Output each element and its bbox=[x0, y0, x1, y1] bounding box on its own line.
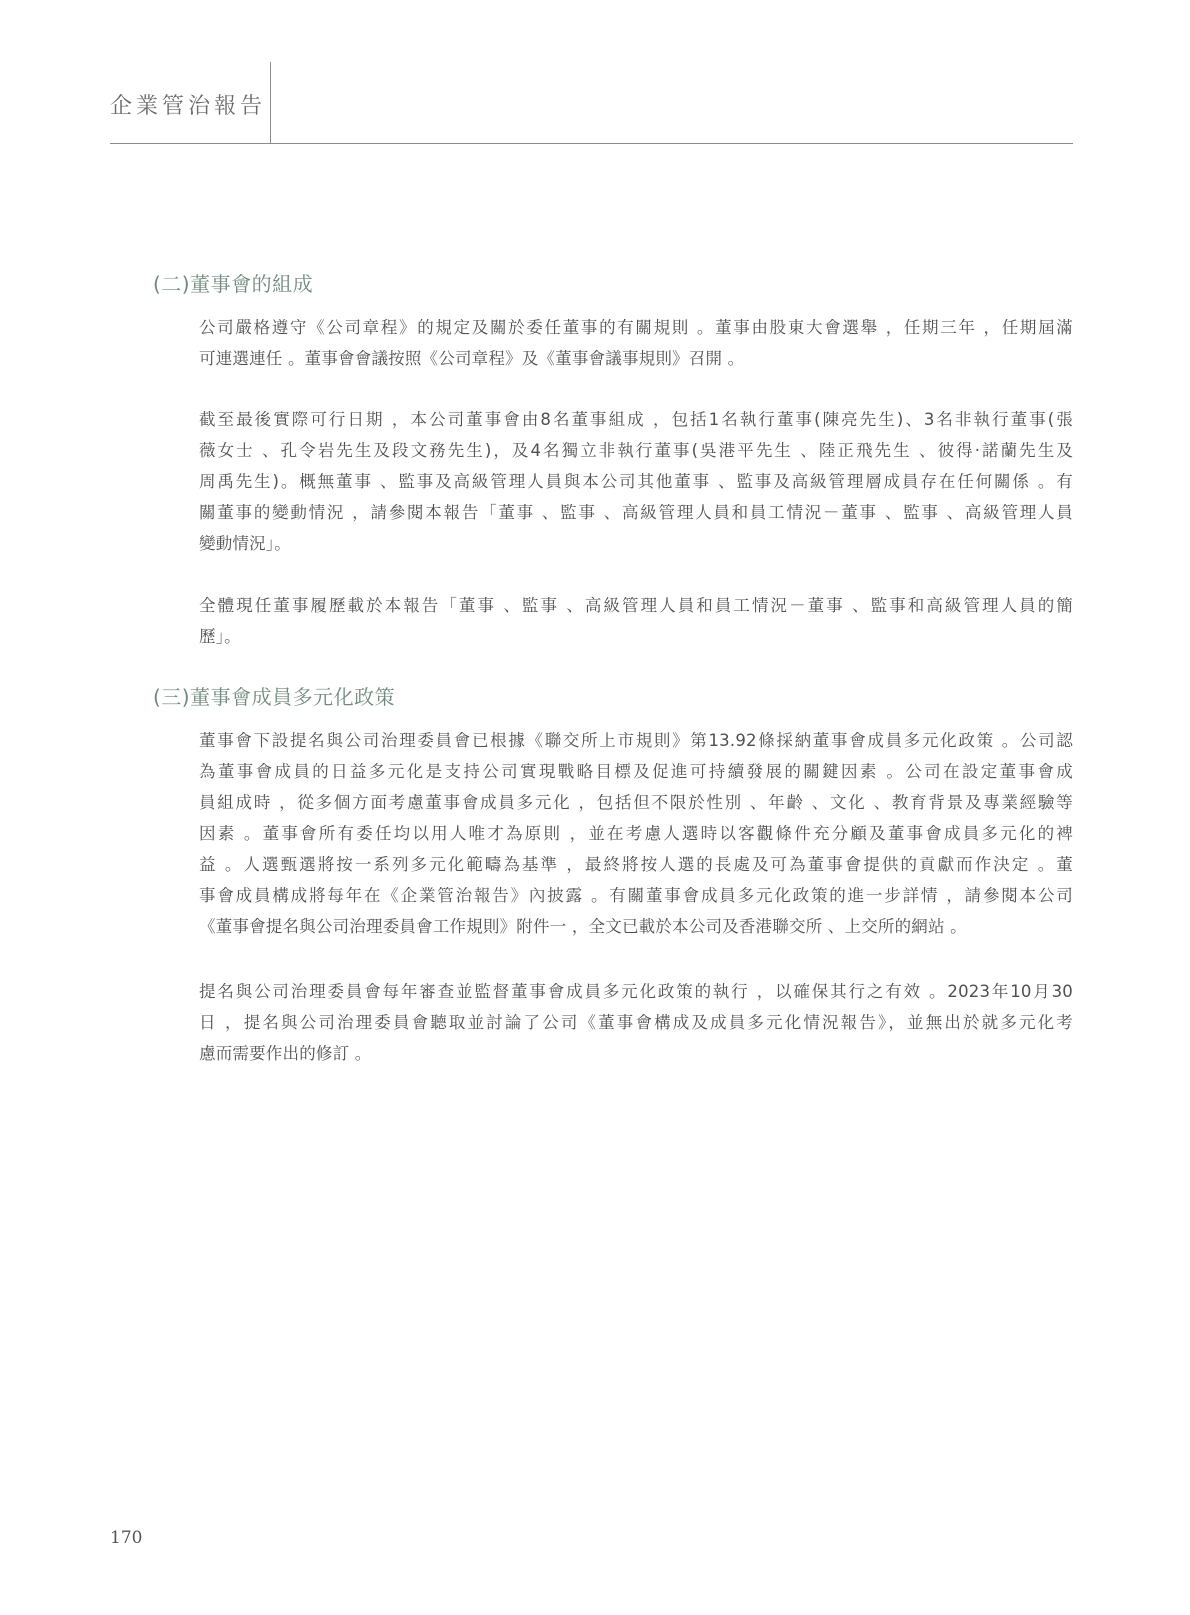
text-line: 公司嚴格遵守《公司章程》的規定及關於委任董事的有關規則 。董事由股東大會選舉 ，… bbox=[199, 312, 1073, 343]
text-line: 員組成時 ，從多個方面考慮董事會成員多元化 ，包括但不限於性別 、年齡 、文化 … bbox=[199, 787, 1073, 818]
text-line: 變動情況」。 bbox=[199, 528, 1073, 559]
text-line: 全體現任董事履歷載於本報告「董事 、監事 、高級管理人員和員工情況－董事 、監事… bbox=[199, 590, 1073, 621]
text-line: 截至最後實際可行日期 ，本公司董事會由8名董事組成 ，包括1名執行董事(陳亮先生… bbox=[199, 404, 1073, 435]
header-horizontal-rule bbox=[110, 143, 1073, 144]
text-line: 可連選連任 。董事會會議按照《公司章程》及《董事會議事規則》召開 。 bbox=[199, 343, 1073, 374]
text-line: 益 。人選甄選將按一系列多元化範疇為基準 ，最終將按人選的長處及可為董事會提供的… bbox=[199, 849, 1073, 880]
section-heading-board-composition: (二)董事會的組成 bbox=[153, 270, 313, 298]
text-line: 慮而需要作出的修訂 。 bbox=[199, 1038, 1073, 1069]
paragraph-director-biographies: 全體現任董事履歷載於本報告「董事 、監事 、高級管理人員和員工情況－董事 、監事… bbox=[199, 590, 1073, 652]
text-line: 周禹先生)。概無董事 、監事及高級管理人員與本公司其他董事 、監事及高級管理層成… bbox=[199, 466, 1073, 497]
report-section-title: 企業管治報告 bbox=[110, 92, 266, 122]
text-line: 董事會下設提名與公司治理委員會已根據《聯交所上市規則》第13.92條採納董事會成… bbox=[199, 725, 1073, 756]
text-line: 關董事的變動情況 ，請參閱本報告「董事 、監事 、高級管理人員和員工情況－董事 … bbox=[199, 497, 1073, 528]
paragraph-diversity-policy: 董事會下設提名與公司治理委員會已根據《聯交所上市規則》第13.92條採納董事會成… bbox=[199, 725, 1073, 942]
paragraph-diversity-review: 提名與公司治理委員會每年審查並監督董事會成員多元化政策的執行 ，以確保其行之有效… bbox=[199, 976, 1073, 1069]
text-line: 日 ，提名與公司治理委員會聽取並討論了公司《董事會構成及成員多元化情況報告》，並… bbox=[199, 1007, 1073, 1038]
text-line: 歷」。 bbox=[199, 621, 1073, 652]
text-line: 因素 。董事會所有委任均以用人唯才為原則 ，並在考慮人選時以客觀條件充分顧及董事… bbox=[199, 818, 1073, 849]
text-line: 薇女士 、孔令岩先生及段文務先生)，及4名獨立非執行董事(吳港平先生 、陸正飛先… bbox=[199, 435, 1073, 466]
section-heading-board-diversity: (三)董事會成員多元化政策 bbox=[153, 683, 395, 711]
text-line: 事會成員構成將每年在《企業管治報告》內披露 。有關董事會成員多元化政策的進一步詳… bbox=[199, 880, 1073, 911]
text-line: 為董事會成員的日益多元化是支持公司實現戰略目標及促進可持續發展的關鍵因素 。公司… bbox=[199, 756, 1073, 787]
paragraph-board-election: 公司嚴格遵守《公司章程》的規定及關於委任董事的有關規則 。董事由股東大會選舉 ，… bbox=[199, 312, 1073, 374]
header-vertical-divider bbox=[270, 62, 271, 144]
paragraph-board-members: 截至最後實際可行日期 ，本公司董事會由8名董事組成 ，包括1名執行董事(陳亮先生… bbox=[199, 404, 1073, 559]
page-number: 170 bbox=[110, 1528, 142, 1548]
text-line: 提名與公司治理委員會每年審查並監督董事會成員多元化政策的執行 ，以確保其行之有效… bbox=[199, 976, 1073, 1007]
text-line: 《董事會提名與公司治理委員會工作規則》附件一 ，全文已載於本公司及香港聯交所 、… bbox=[199, 911, 1073, 942]
